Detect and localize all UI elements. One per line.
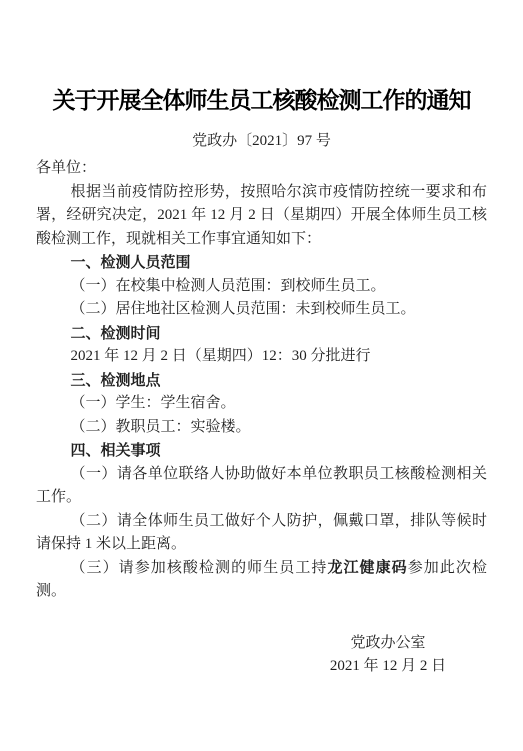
intro-paragraph: 根据当前疫情防控形势，按照哈尔滨市疫情防控统一要求和布署，经研究决定，2021 … bbox=[36, 181, 487, 252]
document-body: 各单位： 根据当前疫情防控形势，按照哈尔滨市疫情防控统一要求和布署，经研究决定，… bbox=[36, 157, 487, 604]
scope-item-on-campus: （一）在校集中检测人员范围：到校师生员工。 bbox=[36, 275, 487, 299]
notes-item-protection: （二）请全体师生员工做好个人防护，佩戴口罩，排队等候时请保持 1 米以上距离。 bbox=[36, 510, 487, 557]
notes-item-health-code-prefix: （三）请参加核酸检测的师生员工持 bbox=[71, 560, 328, 576]
signature-office: 党政办公室 bbox=[288, 632, 488, 656]
salutation: 各单位： bbox=[36, 157, 487, 181]
location-item-students: （一）学生：学生宿舍。 bbox=[36, 392, 487, 416]
document-page: 关于开展全体师生员工核酸检测工作的通知 党政办〔2021〕97 号 各单位： 根… bbox=[0, 0, 523, 751]
section-heading-location: 三、检测地点 bbox=[36, 369, 487, 393]
section-heading-scope: 一、检测人员范围 bbox=[36, 251, 487, 275]
signature-block: 党政办公室 2021 年 12 月 2 日 bbox=[288, 632, 488, 679]
page-title: 关于开展全体师生员工核酸检测工作的通知 bbox=[36, 86, 487, 116]
location-item-staff: （二）教职员工：实验楼。 bbox=[36, 416, 487, 440]
section-heading-time: 二、检测时间 bbox=[36, 322, 487, 346]
scope-item-off-campus: （二）居住地社区检测人员范围：未到校师生员工。 bbox=[36, 298, 487, 322]
signature-date: 2021 年 12 月 2 日 bbox=[288, 655, 488, 679]
health-code-emphasis: 龙江健康码 bbox=[327, 560, 407, 576]
time-item: 2021 年 12 月 2 日（星期四）12：30 分批进行 bbox=[36, 345, 487, 369]
notes-item-health-code: （三）请参加核酸检测的师生员工持龙江健康码参加此次检测。 bbox=[36, 557, 487, 604]
notes-item-liaison: （一）请各单位联络人协助做好本单位教职员工核酸检测相关工作。 bbox=[36, 463, 487, 510]
section-heading-notes: 四、相关事项 bbox=[36, 439, 487, 463]
doc-number: 党政办〔2021〕97 号 bbox=[36, 130, 487, 152]
